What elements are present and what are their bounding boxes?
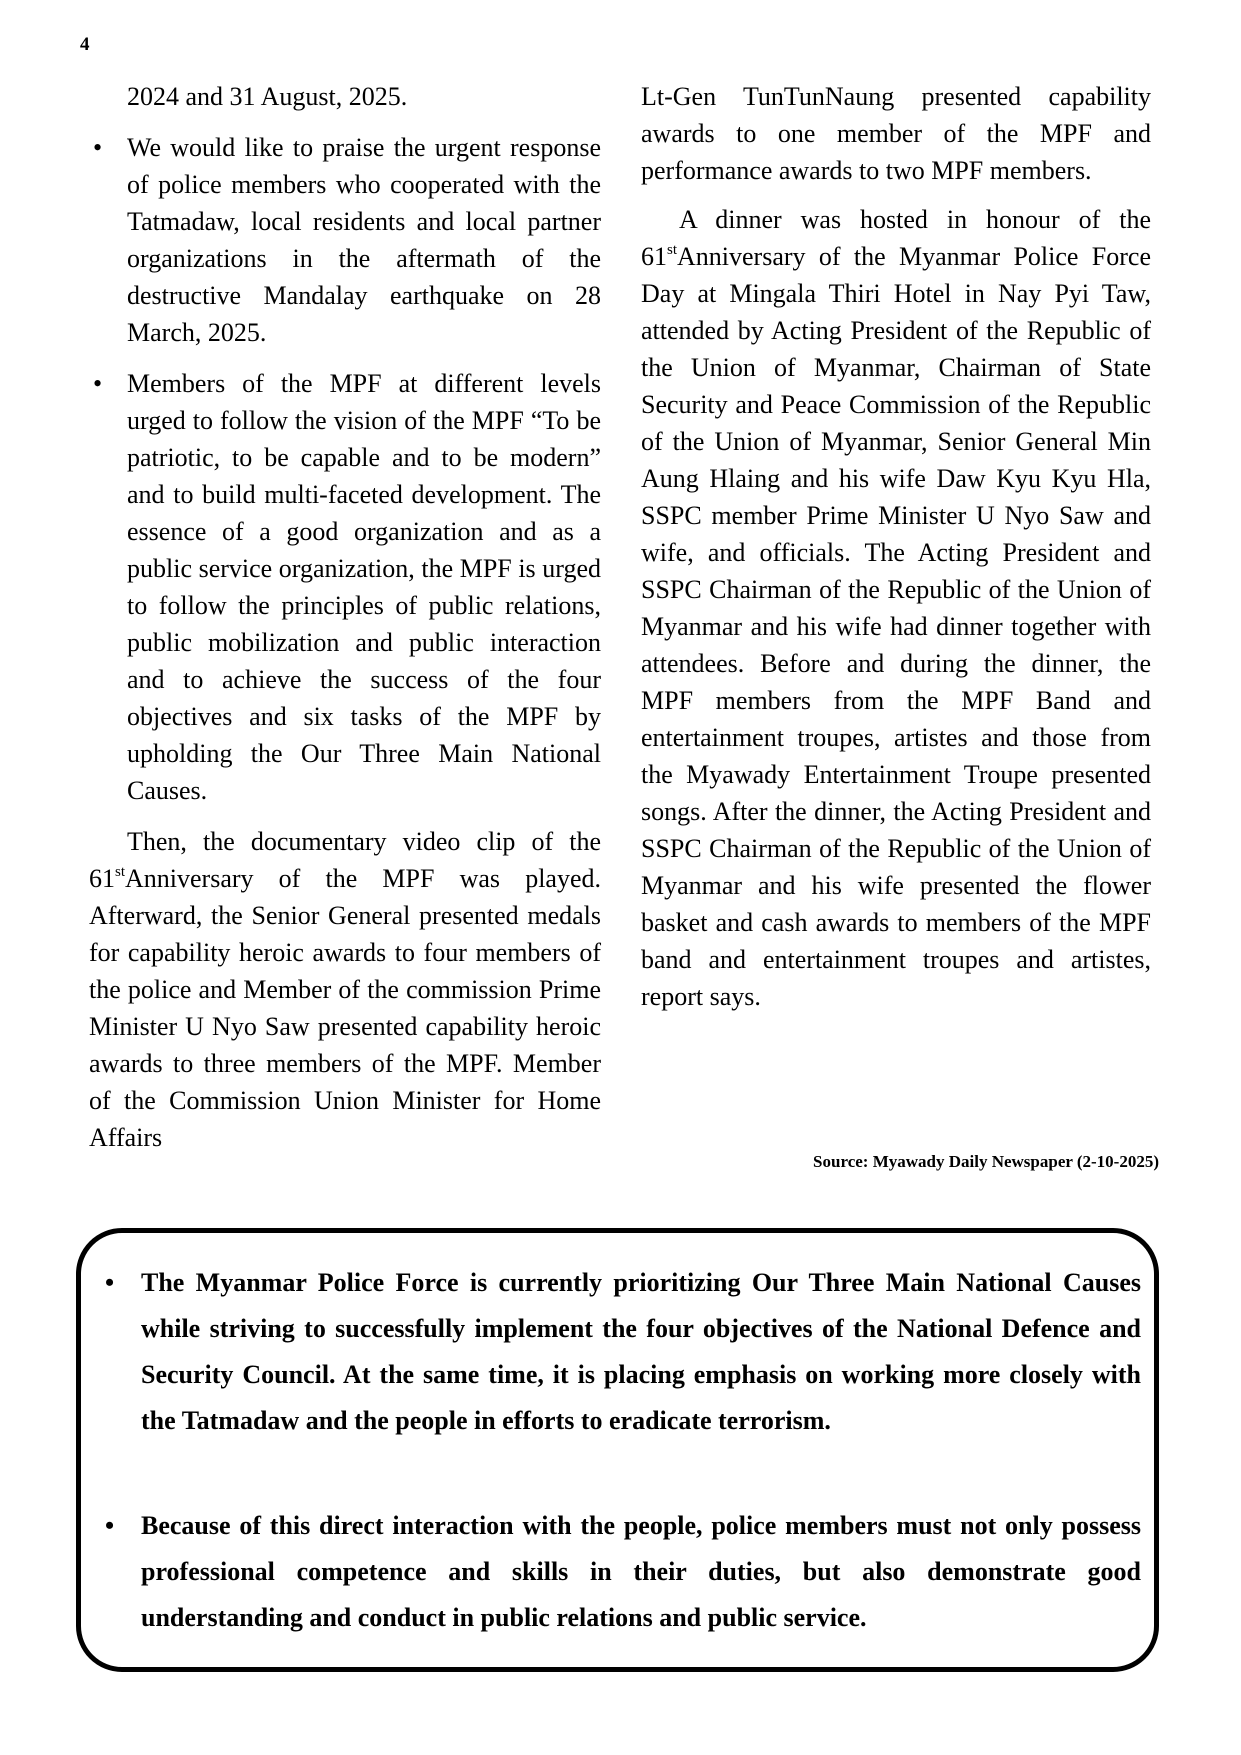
body-paragraph: A dinner was hosted in honour of the 61s… bbox=[641, 201, 1151, 1015]
body-paragraph: Then, the documentary video clip of the … bbox=[89, 823, 601, 1156]
right-column: Lt-Gen TunTunNaung presented capability … bbox=[641, 78, 1151, 1027]
highlight-text: The Myanmar Police Force is currently pr… bbox=[141, 1268, 1141, 1435]
highlight-bullet: • Because of this direct interaction wit… bbox=[141, 1503, 1141, 1641]
paragraph-text: Anniversary of the Myanmar Police Force … bbox=[641, 242, 1151, 1011]
highlight-box: • The Myanmar Police Force is currently … bbox=[76, 1228, 1159, 1672]
bullet-text: Members of the MPF at different levels u… bbox=[127, 369, 601, 805]
bullet-item: • Members of the MPF at different levels… bbox=[89, 365, 601, 809]
highlight-text: Because of this direct interaction with … bbox=[141, 1511, 1141, 1632]
bullet-icon: • bbox=[93, 365, 102, 402]
page-number: 4 bbox=[80, 34, 90, 56]
bullet-icon: • bbox=[105, 1503, 114, 1549]
paragraph-text: Anniversary of the MPF was played. After… bbox=[89, 864, 601, 1152]
continuation-text: 2024 and 31 August, 2025. bbox=[89, 78, 601, 115]
bullet-icon: • bbox=[105, 1260, 114, 1306]
source-citation: Source: Myawady Daily Newspaper (2-10-20… bbox=[641, 1152, 1159, 1172]
ordinal-suffix: st bbox=[667, 242, 677, 258]
highlight-bullet: • The Myanmar Police Force is currently … bbox=[141, 1260, 1141, 1444]
bullet-icon: • bbox=[93, 129, 102, 166]
bullet-text: We would like to praise the urgent respo… bbox=[127, 133, 601, 347]
ordinal-suffix: st bbox=[115, 864, 125, 880]
continuation-text: Lt-Gen TunTunNaung presented capability … bbox=[641, 78, 1151, 189]
left-column: 2024 and 31 August, 2025. • We would lik… bbox=[89, 78, 601, 1168]
bullet-item: • We would like to praise the urgent res… bbox=[89, 129, 601, 351]
